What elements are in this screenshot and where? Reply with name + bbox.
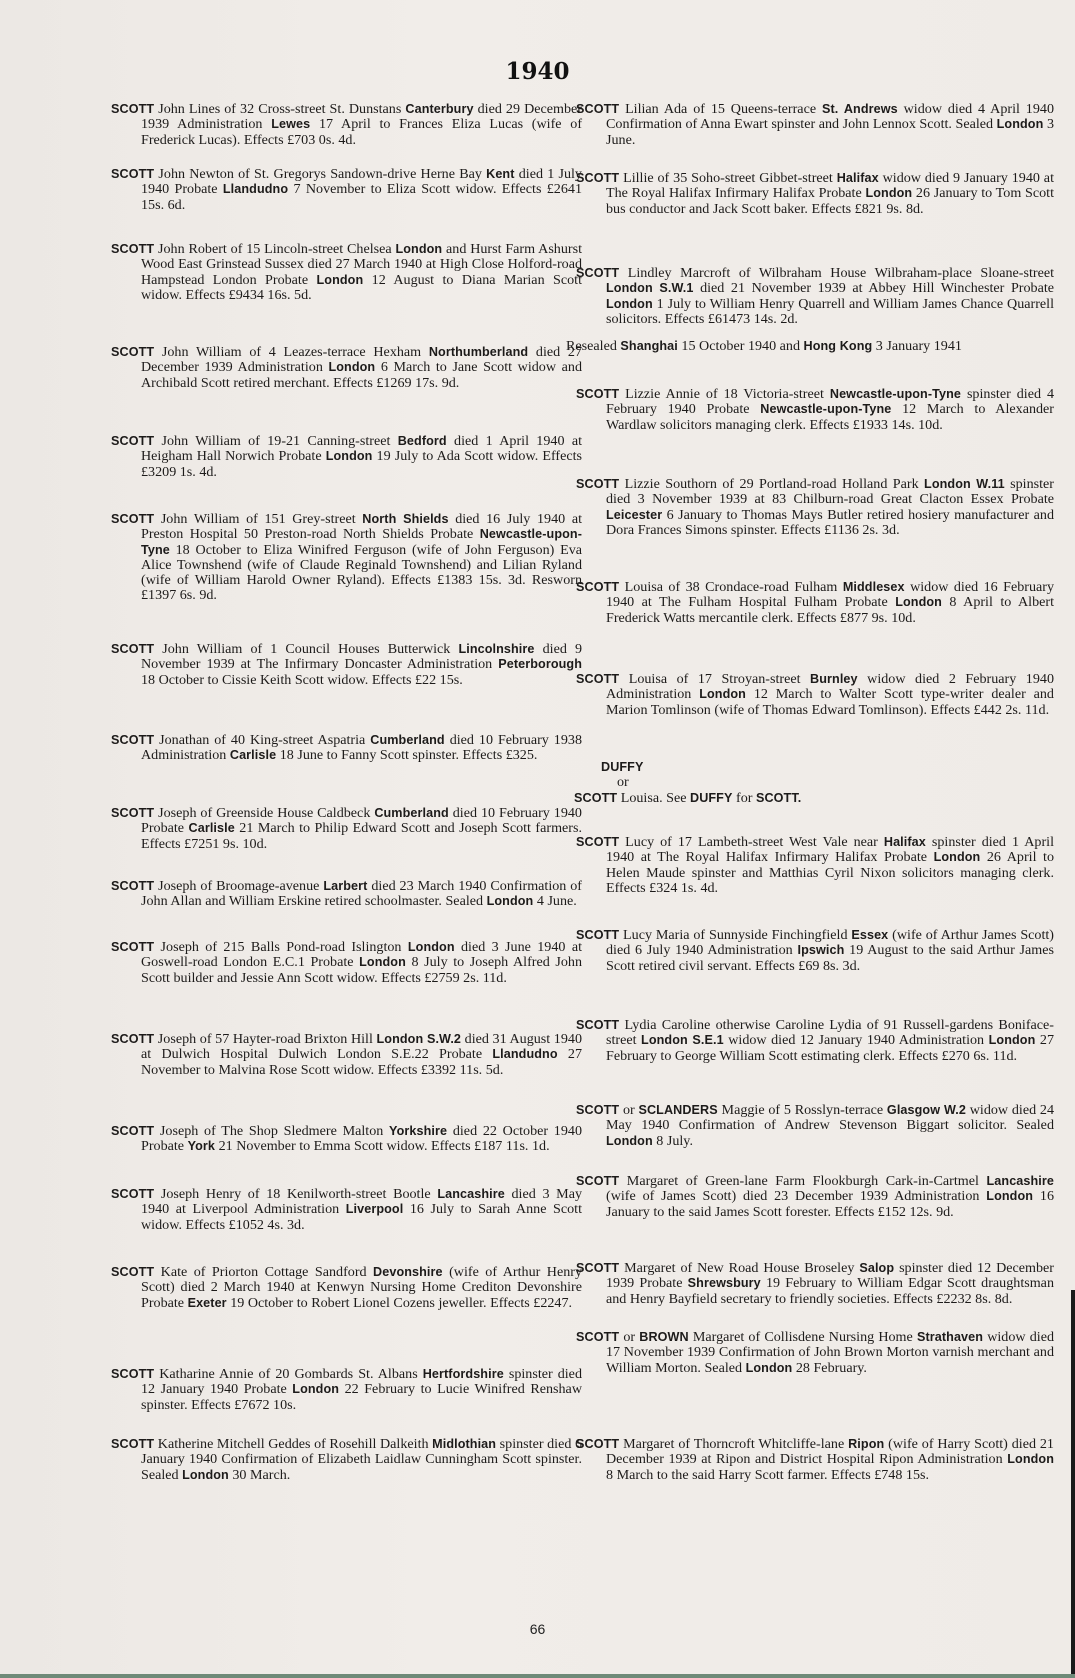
bold-term: SCOTT <box>576 102 619 116</box>
bold-term: York <box>188 1139 215 1153</box>
bold-term: SCOTT <box>576 477 619 491</box>
entry-text: Lucy of 17 Lambeth-street West Vale near <box>619 834 884 850</box>
entry-text: John Newton of St. Gregorys Sandown-driv… <box>154 166 486 182</box>
bold-term: London <box>359 955 406 969</box>
register-entry: SCOTT Lindley Marcroft of Wilbraham Hous… <box>576 266 1054 327</box>
register-entry: SCOTT Margaret of Green-lane Farm Flookb… <box>576 1174 1054 1220</box>
bold-term: SCOTT <box>111 733 154 747</box>
bold-term: Strathaven <box>917 1330 983 1344</box>
bold-term: SCOTT <box>111 167 154 181</box>
register-entry: SCOTT John Newton of St. Gregorys Sandow… <box>111 167 582 213</box>
bold-term: London <box>317 273 364 287</box>
bold-term: Peterborough <box>498 657 582 671</box>
bold-term: Ripon <box>848 1437 884 1451</box>
bold-term: London <box>606 1134 653 1148</box>
bold-term: London S.E.1 <box>641 1033 724 1047</box>
bold-term: SCOTT <box>111 940 154 954</box>
bold-term: DUFFY <box>690 791 732 805</box>
bold-term: SCOTT <box>111 1437 154 1451</box>
bold-term: Yorkshire <box>389 1124 447 1138</box>
page-edge-shadow <box>1071 1290 1075 1678</box>
entry-text: Katharine Annie of 20 Gombards St. Alban… <box>154 1366 423 1382</box>
entry-text: Louisa of 38 Crondace-road Fulham <box>619 579 843 595</box>
bold-term: SCOTT <box>111 879 154 893</box>
bold-term: Newcastle-upon-Tyne <box>830 387 961 401</box>
bold-term: London W.11 <box>924 477 1005 491</box>
bold-term: Halifax <box>884 835 926 849</box>
register-entry: SCOTT Katherine Mitchell Geddes of Roseh… <box>111 1437 582 1483</box>
register-entry: SCOTT Lizzie Annie of 18 Victoria-street… <box>576 387 1054 433</box>
cross-reference-head: DUFFY <box>574 760 801 775</box>
bold-term: North Shields <box>362 512 448 526</box>
bold-term: SCOTT <box>576 580 619 594</box>
bold-term: SCOTT <box>576 1261 619 1275</box>
bold-term: Lincolnshire <box>458 642 534 656</box>
bold-term: Llandudno <box>492 1047 557 1061</box>
bold-term: London S.W.2 <box>377 1032 462 1046</box>
register-entry: SCOTT Jonathan of 40 King-street Aspatri… <box>111 733 582 764</box>
entry-text: Margaret of Collisdene Nursing Home <box>689 1329 917 1345</box>
entry-text: 28 February. <box>792 1360 867 1376</box>
bold-term: SCOTT <box>111 1265 154 1279</box>
bold-term: SCOTT <box>576 835 619 849</box>
bold-term: SCOTT <box>576 387 619 401</box>
entry-text: 6 January to Thomas Mays Butler retired … <box>606 507 1054 538</box>
entry-text: Lilian Ada of 15 Queens-terrace <box>619 101 822 117</box>
entry-text: for <box>732 790 755 806</box>
entry-text: Katherine Mitchell Geddes of Rosehill Da… <box>154 1436 432 1452</box>
bold-term: SCOTT <box>576 1018 619 1032</box>
entry-text: Jonathan of 40 King-street Aspatria <box>154 732 370 748</box>
register-entry: SCOTT Lilian Ada of 15 Queens-terrace St… <box>576 102 1054 148</box>
bold-term: SCOTT <box>576 1174 619 1188</box>
entry-text: John Robert of 15 Lincoln-street Chelsea <box>154 241 395 257</box>
bold-term: Canterbury <box>405 102 473 116</box>
register-entry: SCOTT Louisa of 38 Crondace-road Fulham … <box>576 580 1054 626</box>
bold-term: Leicester <box>606 508 662 522</box>
bold-term: SCOTT <box>111 345 154 359</box>
bold-term: Cumberland <box>370 733 444 747</box>
register-entry: SCOTT Joseph of 215 Balls Pond-road Isli… <box>111 940 582 986</box>
bold-term: SCOTT <box>111 242 154 256</box>
entry-text: Lucy Maria of Sunnyside Finchingfield <box>619 927 851 943</box>
bold-term: SCOTT <box>576 1330 619 1344</box>
bold-term: Carlisle <box>189 821 235 835</box>
bold-term: London S.W.1 <box>606 281 694 295</box>
entry-text: Louisa. See <box>617 790 690 806</box>
bold-term: London <box>1007 1452 1054 1466</box>
entry-text: 18 October to Cissie Keith Scott widow. … <box>141 672 463 688</box>
register-entry: SCOTT Louisa of 17 Stroyan-street Burnle… <box>576 672 1054 718</box>
entry-text: or <box>619 1329 639 1345</box>
entry-text: John William of 4 Leazes-terrace Hexham <box>154 344 429 360</box>
entry-text: Kate of Priorton Cottage Sandford <box>154 1264 373 1280</box>
entry-text: Lindley Marcroft of Wilbraham House Wilb… <box>619 265 1054 281</box>
bold-term: Shanghai <box>620 339 677 353</box>
bold-term: London <box>182 1468 229 1482</box>
entry-text: Margaret of Green-lane Farm Flookburgh C… <box>619 1173 986 1189</box>
bold-term: Hertfordshire <box>423 1367 504 1381</box>
entry-text: Joseph of Greenside House Caldbeck <box>154 805 374 821</box>
register-entry: SCOTT Joseph of Broomage-avenue Larbert … <box>111 879 582 910</box>
bold-term: Exeter <box>188 1296 227 1310</box>
register-entry: SCOTT or SCLANDERS Maggie of 5 Rosslyn-t… <box>576 1103 1054 1149</box>
bold-term: London <box>606 297 653 311</box>
bold-term: SCOTT. <box>756 791 801 805</box>
bold-term: SCOTT <box>111 512 154 526</box>
bold-term: SCOTT <box>111 642 154 656</box>
bold-term: London <box>895 595 942 609</box>
register-entry: SCOTT John William of 1 Council Houses B… <box>111 642 582 688</box>
register-entry: SCOTT or BROWN Margaret of Collisdene Nu… <box>576 1330 1054 1376</box>
bold-term: SCOTT <box>576 672 619 686</box>
bold-term: London <box>487 894 534 908</box>
bold-term: Middlesex <box>843 580 905 594</box>
entry-text: Lizzie Annie of 18 Victoria-street <box>619 386 830 402</box>
entry-text: 19 October to Robert Lionel Cozens jewel… <box>227 1295 572 1311</box>
register-entry: SCOTT Lillie of 35 Soho-street Gibbet-st… <box>576 171 1054 217</box>
bold-term: London <box>326 449 373 463</box>
entry-text: 21 November to Emma Scott widow. Effects… <box>215 1138 550 1154</box>
bold-term: SCOTT <box>111 1032 154 1046</box>
bold-term: BROWN <box>639 1330 688 1344</box>
bold-term: London <box>292 1382 339 1396</box>
bold-term: SCOTT <box>111 1124 154 1138</box>
entry-text: Joseph of The Shop Sledmere Malton <box>154 1123 389 1139</box>
bold-term: London <box>989 1033 1036 1047</box>
entry-text: Louisa of 17 Stroyan-street <box>619 671 810 687</box>
bold-term: London <box>328 360 375 374</box>
bold-term: St. Andrews <box>822 102 898 116</box>
register-page: 1940 SCOTT John Lines of 32 Cross-street… <box>0 0 1075 1678</box>
entry-text: Resealed <box>566 338 620 354</box>
entry-text: 18 June to Fanny Scott spinster. Effects… <box>276 747 537 763</box>
bold-term: London <box>395 242 442 256</box>
bold-term: London <box>986 1189 1033 1203</box>
bold-term: SCOTT <box>576 928 619 942</box>
register-entry: SCOTT John William of 19-21 Canning-stre… <box>111 434 582 480</box>
entry-text: 15 October 1940 and <box>678 338 804 354</box>
resealed-note: Resealed Shanghai 15 October 1940 and Ho… <box>566 339 962 354</box>
entry-text: Margaret of Thorncroft Whitcliffe-lane <box>619 1436 848 1452</box>
bold-term: Llandudno <box>223 182 288 196</box>
register-entry: SCOTT Joseph Henry of 18 Kenilworth-stre… <box>111 1187 582 1233</box>
register-entry: SCOTT Lucy of 17 Lambeth-street West Val… <box>576 835 1054 896</box>
bold-term: Northumberland <box>429 345 528 359</box>
bold-term: Lancashire <box>437 1187 505 1201</box>
register-entry: SCOTT John Robert of 15 Lincoln-street C… <box>111 242 582 303</box>
register-entry: SCOTT Joseph of Greenside House Caldbeck… <box>111 806 582 852</box>
bold-term: Salop <box>859 1261 894 1275</box>
bold-term: Newcastle-upon-Tyne <box>760 402 891 416</box>
bold-term: Devonshire <box>373 1265 443 1279</box>
register-entry: SCOTT Margaret of Thorncroft Whitcliffe-… <box>576 1437 1054 1483</box>
bold-term: London <box>699 687 746 701</box>
entry-text: John William of 151 Grey-street <box>154 511 362 527</box>
page-year-heading: 1940 <box>0 58 1075 85</box>
register-entry: SCOTT Lydia Caroline otherwise Caroline … <box>576 1018 1054 1064</box>
entry-text: John William of 1 Council Houses Butterw… <box>154 641 458 657</box>
bold-term: Midlothian <box>432 1437 496 1451</box>
bold-term: Liverpool <box>346 1202 404 1216</box>
bold-term: London <box>865 186 912 200</box>
bold-term: London <box>408 940 455 954</box>
entry-text: Joseph of Broomage-avenue <box>154 878 323 894</box>
register-entry: SCOTT Kate of Priorton Cottage Sandford … <box>111 1265 582 1311</box>
entry-text: 8 March to the said Harry Scott farmer. … <box>606 1467 929 1483</box>
bold-term: London <box>934 850 981 864</box>
register-entry: SCOTT Joseph of 57 Hayter-road Brixton H… <box>111 1032 582 1078</box>
entry-text: Maggie of 5 Rosslyn-terrace <box>718 1102 887 1118</box>
bold-term: Halifax <box>837 171 879 185</box>
register-entry: SCOTT Katharine Annie of 20 Gombards St.… <box>111 1367 582 1413</box>
bold-term: Bedford <box>398 434 447 448</box>
entry-text: 1 July to William Henry Quarrell and Wil… <box>606 296 1054 327</box>
register-entry: SCOTT Margaret of New Road House Brosele… <box>576 1261 1054 1307</box>
cross-reference-line: SCOTT Louisa. See DUFFY for SCOTT. <box>574 791 801 806</box>
bold-term: Burnley <box>810 672 858 686</box>
bold-term: SCOTT <box>576 1437 619 1451</box>
page-bottom-edge <box>0 1674 1075 1678</box>
entry-text: 8 July. <box>653 1133 693 1149</box>
register-entry: SCOTT Lizzie Southorn of 29 Portland-roa… <box>576 477 1054 538</box>
register-entry: SCOTT John William of 4 Leazes-terrace H… <box>111 345 582 391</box>
bold-term: Kent <box>486 167 514 181</box>
bold-term: SCLANDERS <box>638 1103 717 1117</box>
entry-text: Joseph Henry of 18 Kenilworth-street Boo… <box>154 1186 437 1202</box>
bold-term: SCOTT <box>574 791 617 805</box>
entry-text: John William of 19-21 Canning-street <box>154 433 398 449</box>
bold-term: Essex <box>851 928 888 942</box>
entry-text: Joseph of 215 Balls Pond-road Islington <box>154 939 408 955</box>
bold-term: London <box>746 1361 793 1375</box>
register-entry: SCOTT John Lines of 32 Cross-street St. … <box>111 102 582 148</box>
page-number: 66 <box>0 1621 1075 1637</box>
entry-text: 4 June. <box>533 893 576 909</box>
bold-term: Lewes <box>271 117 310 131</box>
bold-term: Carlisle <box>230 748 276 762</box>
bold-term: London <box>997 117 1044 131</box>
entry-text: 3 January 1941 <box>872 338 962 354</box>
entry-text: or <box>619 1102 638 1118</box>
bold-term: Cumberland <box>374 806 448 820</box>
bold-term: SCOTT <box>576 1103 619 1117</box>
cross-reference-or: or <box>574 775 801 790</box>
bold-term: SCOTT <box>111 806 154 820</box>
entry-text: 18 October to Eliza Winifred Ferguson (w… <box>141 542 582 604</box>
bold-term: SCOTT <box>576 171 619 185</box>
entry-text: 30 March. <box>229 1467 290 1483</box>
bold-term: SCOTT <box>576 266 619 280</box>
entry-text: died 21 November 1939 at Abbey Hill Winc… <box>694 280 1055 296</box>
bold-term: Ipswich <box>797 943 844 957</box>
entry-text: Joseph of 57 Hayter-road Brixton Hill <box>154 1031 376 1047</box>
entry-text: John Lines of 32 Cross-street St. Dunsta… <box>154 101 405 117</box>
bold-term: SCOTT <box>111 102 154 116</box>
entry-text: (wife of James Scott) died 23 December 1… <box>606 1188 986 1204</box>
cross-reference: DUFFYorSCOTT Louisa. See DUFFY for SCOTT… <box>574 760 801 806</box>
bold-term: Glasgow W.2 <box>887 1103 966 1117</box>
bold-term: SCOTT <box>111 1367 154 1381</box>
register-entry: SCOTT Joseph of The Shop Sledmere Malton… <box>111 1124 582 1155</box>
register-entry: SCOTT John William of 151 Grey-street No… <box>111 512 582 604</box>
bold-term: SCOTT <box>111 1187 154 1201</box>
bold-term: Hong Kong <box>804 339 873 353</box>
entry-text: Lizzie Southorn of 29 Portland-road Holl… <box>619 476 924 492</box>
entry-text: widow died 12 January 1940 Administratio… <box>724 1032 989 1048</box>
bold-term: Shrewsbury <box>688 1276 761 1290</box>
entry-text: Margaret of New Road House Broseley <box>619 1260 859 1276</box>
bold-term: SCOTT <box>111 434 154 448</box>
bold-term: Larbert <box>323 879 367 893</box>
register-entry: SCOTT Lucy Maria of Sunnyside Finchingfi… <box>576 928 1054 974</box>
bold-term: Lancashire <box>987 1174 1055 1188</box>
entry-text: Lillie of 35 Soho-street Gibbet-street <box>619 170 837 186</box>
